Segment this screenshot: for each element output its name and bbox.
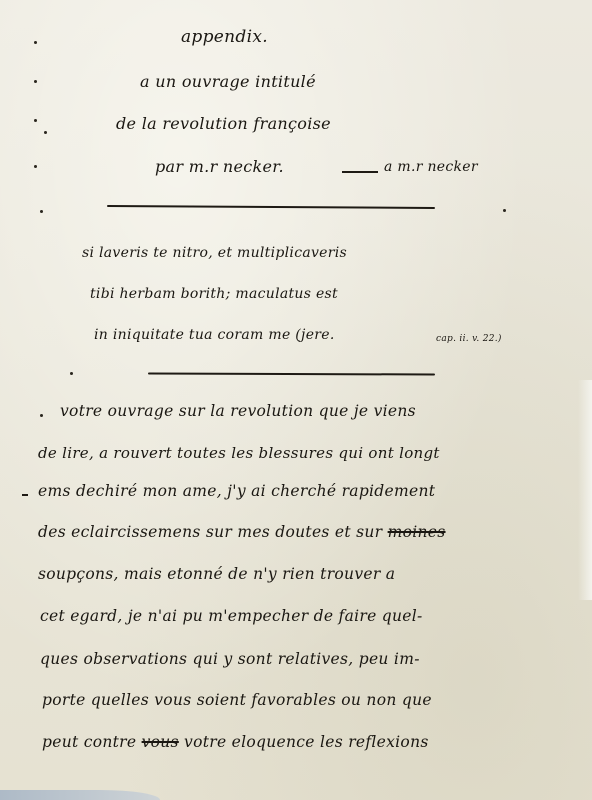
body-line-4-text: des eclaircissemens sur mes doutes et su… <box>38 523 382 541</box>
margin-dot <box>34 165 37 168</box>
epigraph-line-1: si laveris te nitro, et multiplicaveris <box>82 245 347 261</box>
separator-rule-bottom <box>148 372 435 375</box>
separator-rule-top <box>107 205 435 209</box>
struck-word: moines <box>388 523 446 541</box>
body-line-8: porte quelles vous soient favorables ou … <box>42 691 432 709</box>
page-bottom-edge <box>0 790 160 800</box>
struck-word: vous <box>142 733 179 751</box>
body-line-9-text: peut contre <box>42 733 136 751</box>
body-line-3: ems dechiré mon ame, j'y ai cherché rapi… <box>38 482 435 500</box>
heading-line-3: de la revolution françoise <box>116 114 331 133</box>
heading-line-4: par m.r necker. <box>155 157 284 176</box>
body-line-1: votre ouvrage sur la revolution que je v… <box>60 402 416 420</box>
heading-dash <box>342 171 378 173</box>
body-line-5: soupçons, mais etonné de n'y rien trouve… <box>38 565 395 583</box>
addressee-note: a m.r necker <box>384 159 478 175</box>
heading-line-2: a un ouvrage intitulé <box>140 72 316 91</box>
body-line-7: ques observations qui y sont relatives, … <box>40 650 420 668</box>
page-right-highlight <box>578 380 592 600</box>
body-line-9: peut contre vous votre eloquence les ref… <box>42 733 429 751</box>
body-line-4: des eclaircissemens sur mes doutes et su… <box>38 523 446 541</box>
body-line-2: de lire, a rouvert toutes les blessures … <box>38 444 440 462</box>
heading-line-1: appendix. <box>181 27 268 47</box>
margin-dot <box>40 414 43 417</box>
body-line-9-text-end: votre eloquence les reflexions <box>184 733 429 751</box>
epigraph-line-2: tibi herbam borith; maculatus est <box>90 286 338 302</box>
epigraph-line-3: in iniquitate tua coram me (jere. <box>94 327 335 343</box>
manuscript-page: appendix. a un ouvrage intitulé de la re… <box>0 0 592 800</box>
margin-dot <box>40 210 43 213</box>
margin-dot <box>34 80 37 83</box>
body-line-6: cet egard, je n'ai pu m'empecher de fair… <box>40 607 423 625</box>
margin-dot <box>34 41 37 44</box>
margin-dash <box>22 494 28 496</box>
margin-dot <box>503 209 506 212</box>
margin-dot <box>44 131 47 134</box>
margin-dot <box>70 372 73 375</box>
epigraph-citation: cap. ii. v. 22.) <box>436 334 502 344</box>
margin-dot <box>34 119 37 122</box>
